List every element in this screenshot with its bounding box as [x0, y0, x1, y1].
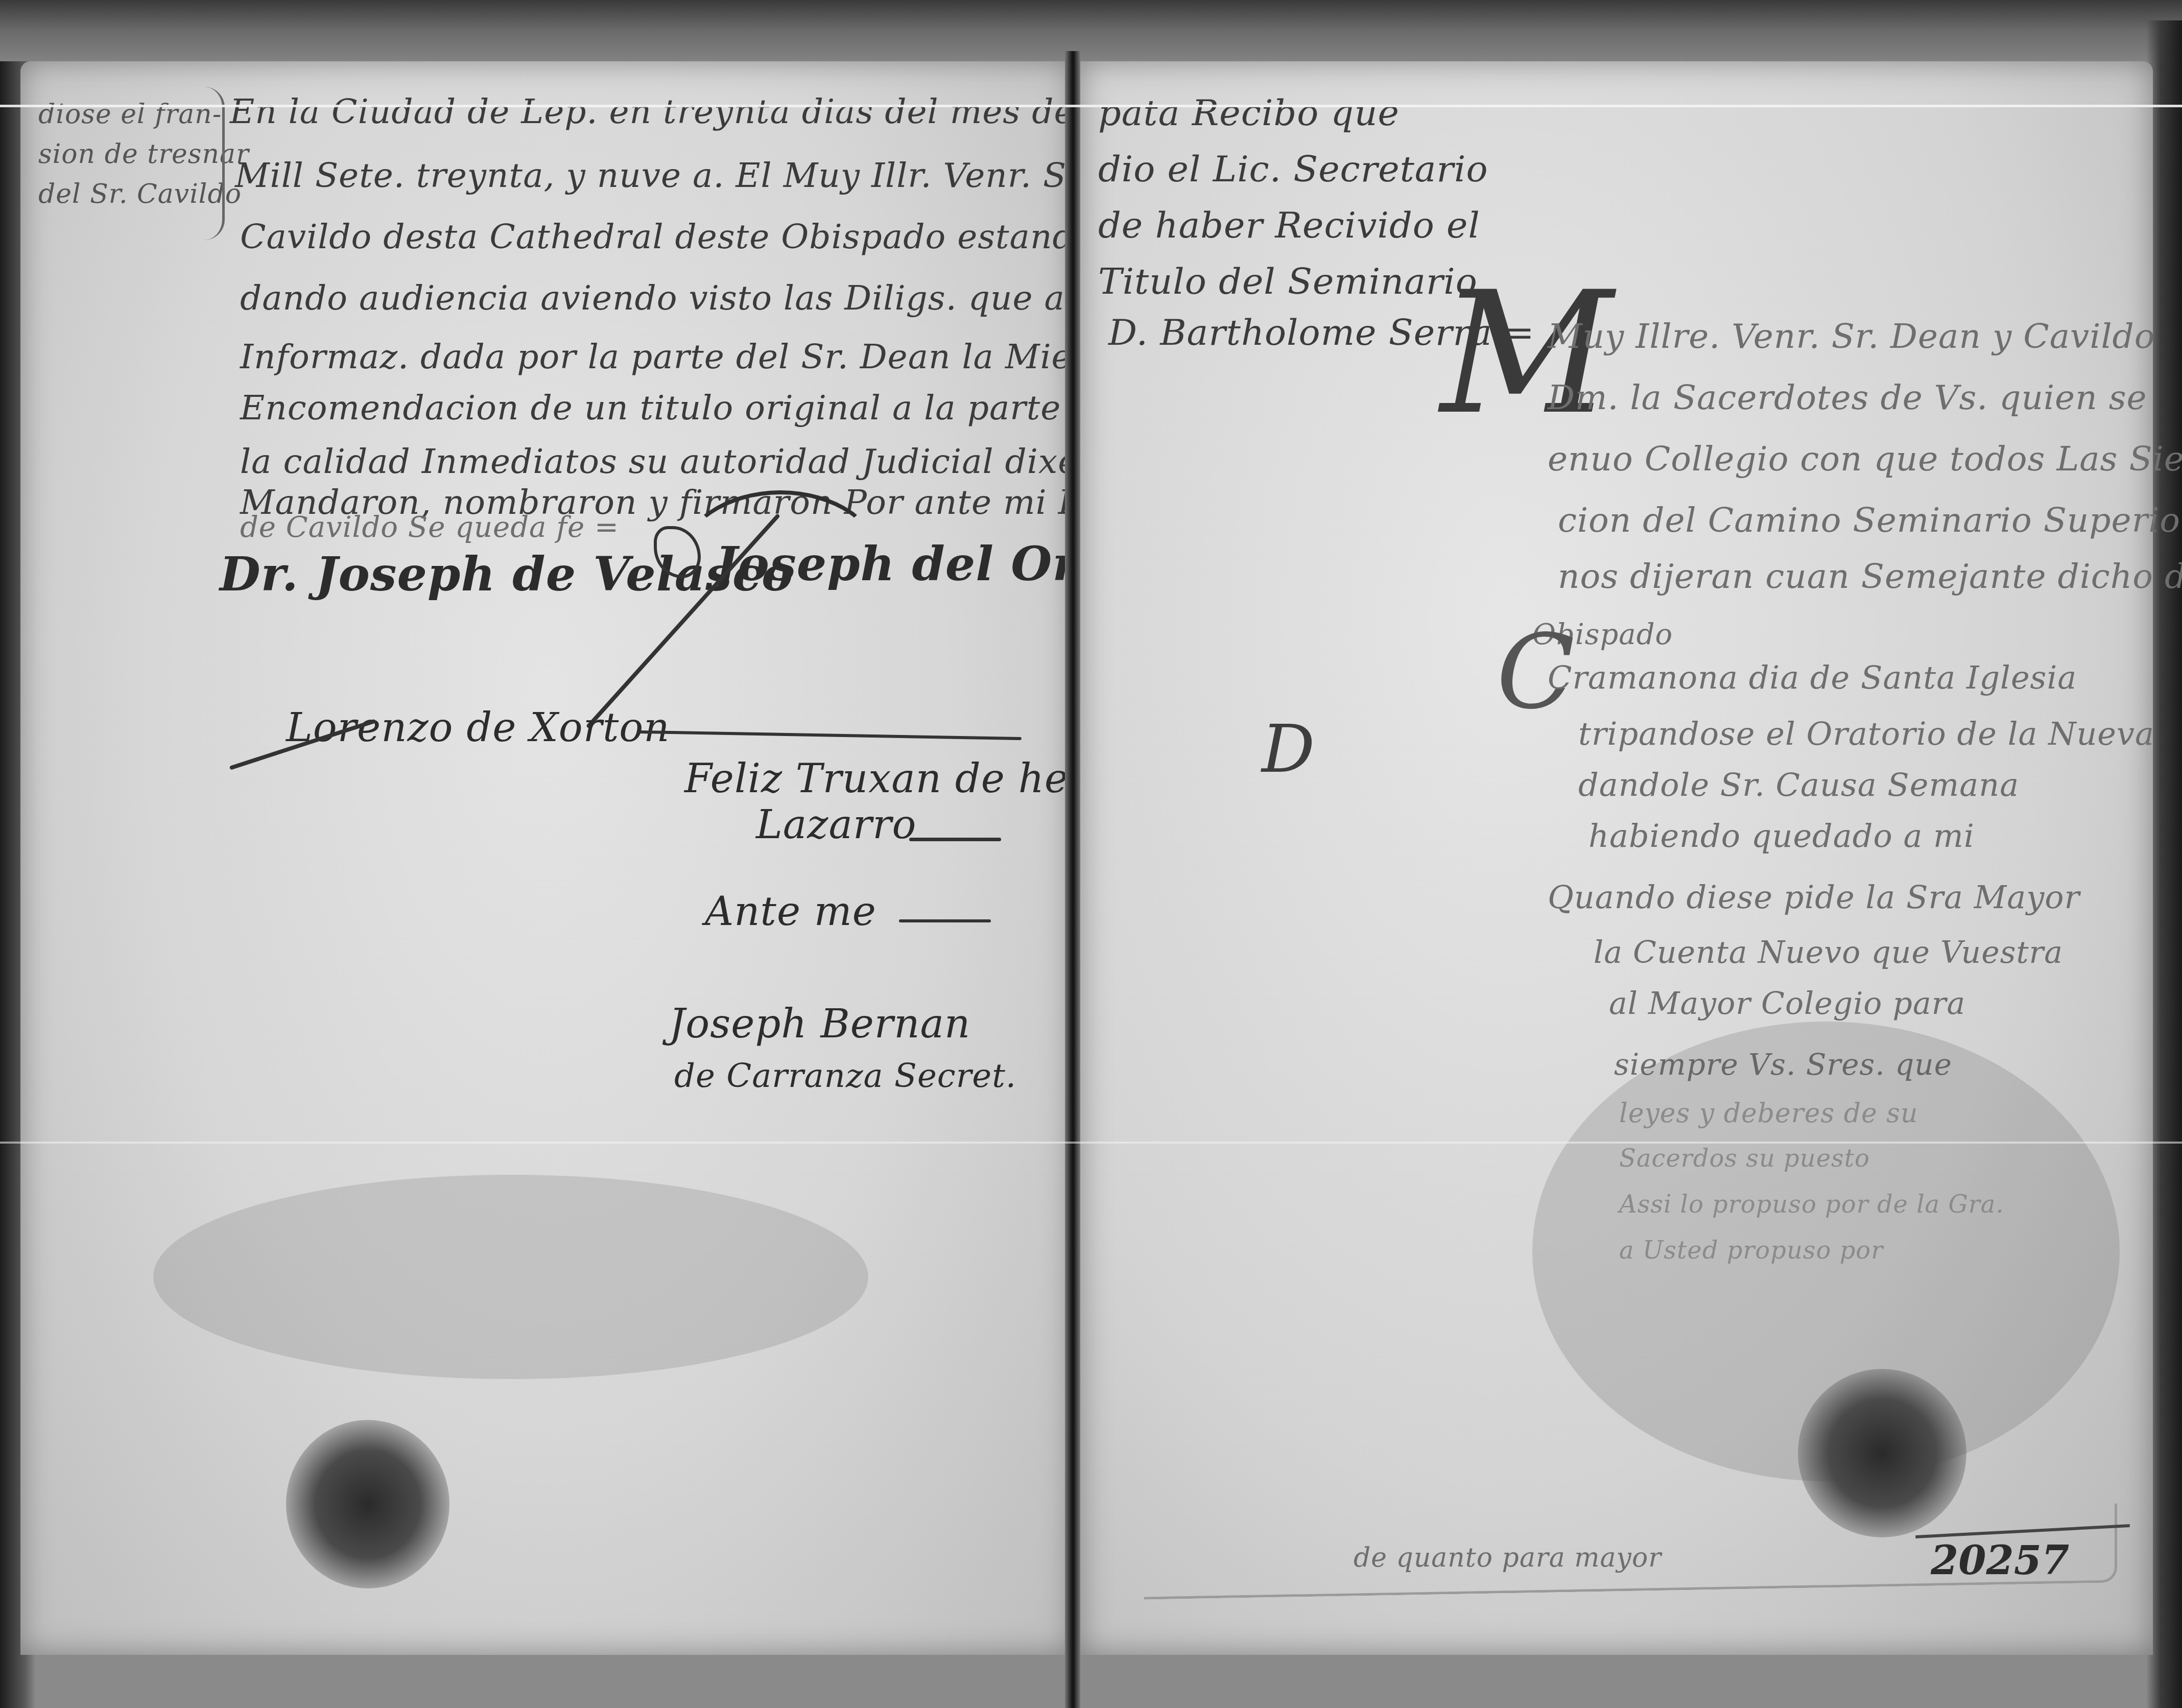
- faded-line: dandole Sr. Causa Semana: [1578, 766, 2019, 803]
- signature-carranza: de Carranza Secret.: [674, 1057, 1016, 1095]
- petition-line: Dm. la Sacerdotes de Vs. quien se: [1548, 378, 2147, 417]
- receipt-line: pata Recibo que: [1098, 92, 1400, 134]
- ink-blot: [286, 1420, 449, 1588]
- faded-line: la Cuenta Nuevo que Vuestra: [1594, 935, 2063, 970]
- signature-lazarro: Lazarro: [756, 802, 916, 848]
- petition-line: nos dijeran cuan Semejante dicho de: [1558, 557, 2182, 596]
- center-letter-mark: D: [1262, 710, 1315, 788]
- faded-line: habiendo quedado a mi: [1588, 817, 1975, 855]
- scan-artifact-line: [0, 1142, 2182, 1144]
- body-line: de Cavildo Se queda fe =: [240, 511, 619, 544]
- faded-line: Quando diese pide la Sra Mayor: [1548, 879, 2080, 916]
- petition-line: Muy Illre. Venr. Sr. Dean y Cavildo: [1548, 317, 2155, 356]
- folio-number: 20257: [1931, 1537, 2069, 1584]
- faded-line: tripandose el Oratorio de la Nueva: [1578, 715, 2154, 752]
- scan-artifact-line: [0, 105, 2182, 107]
- book-gutter: [1065, 51, 1080, 1708]
- margin-brace: [202, 87, 225, 240]
- signature-lorenzo: Lorenzo de Xorton: [286, 705, 670, 751]
- petition-line: cion del Camino Seminario Superior: [1558, 501, 2182, 540]
- receipt-line: Titulo del Seminario: [1098, 260, 1478, 302]
- signature-stroke: [909, 838, 1001, 841]
- signature-bernan: Joseph Bernan: [669, 1001, 970, 1047]
- receipt-line: de haber Recivido el: [1098, 204, 1480, 246]
- faded-bleedthrough: [153, 1175, 868, 1379]
- footer-note: de quanto para mayor: [1354, 1543, 1662, 1573]
- signature-stroke: [899, 919, 991, 922]
- petition-line: enuo Collegio con que todos Las Sierva: [1548, 439, 2182, 479]
- margin-note-line: diose el fran-: [38, 94, 222, 134]
- faded-line: Cramanona dia de Santa Iglesia: [1548, 659, 2077, 696]
- body-line: En la Ciudad de Lep. en treynta dias del…: [230, 92, 1211, 131]
- receipt-line: dio el Lic. Secretario: [1098, 148, 1488, 190]
- faded-line: al Mayor Colegio para: [1609, 986, 1965, 1022]
- body-line: Mill Sete. treynta, y nuve a. El Muy Ill…: [235, 156, 1193, 195]
- ante-me: Ante me: [705, 889, 876, 935]
- signature-flourish: [679, 490, 882, 631]
